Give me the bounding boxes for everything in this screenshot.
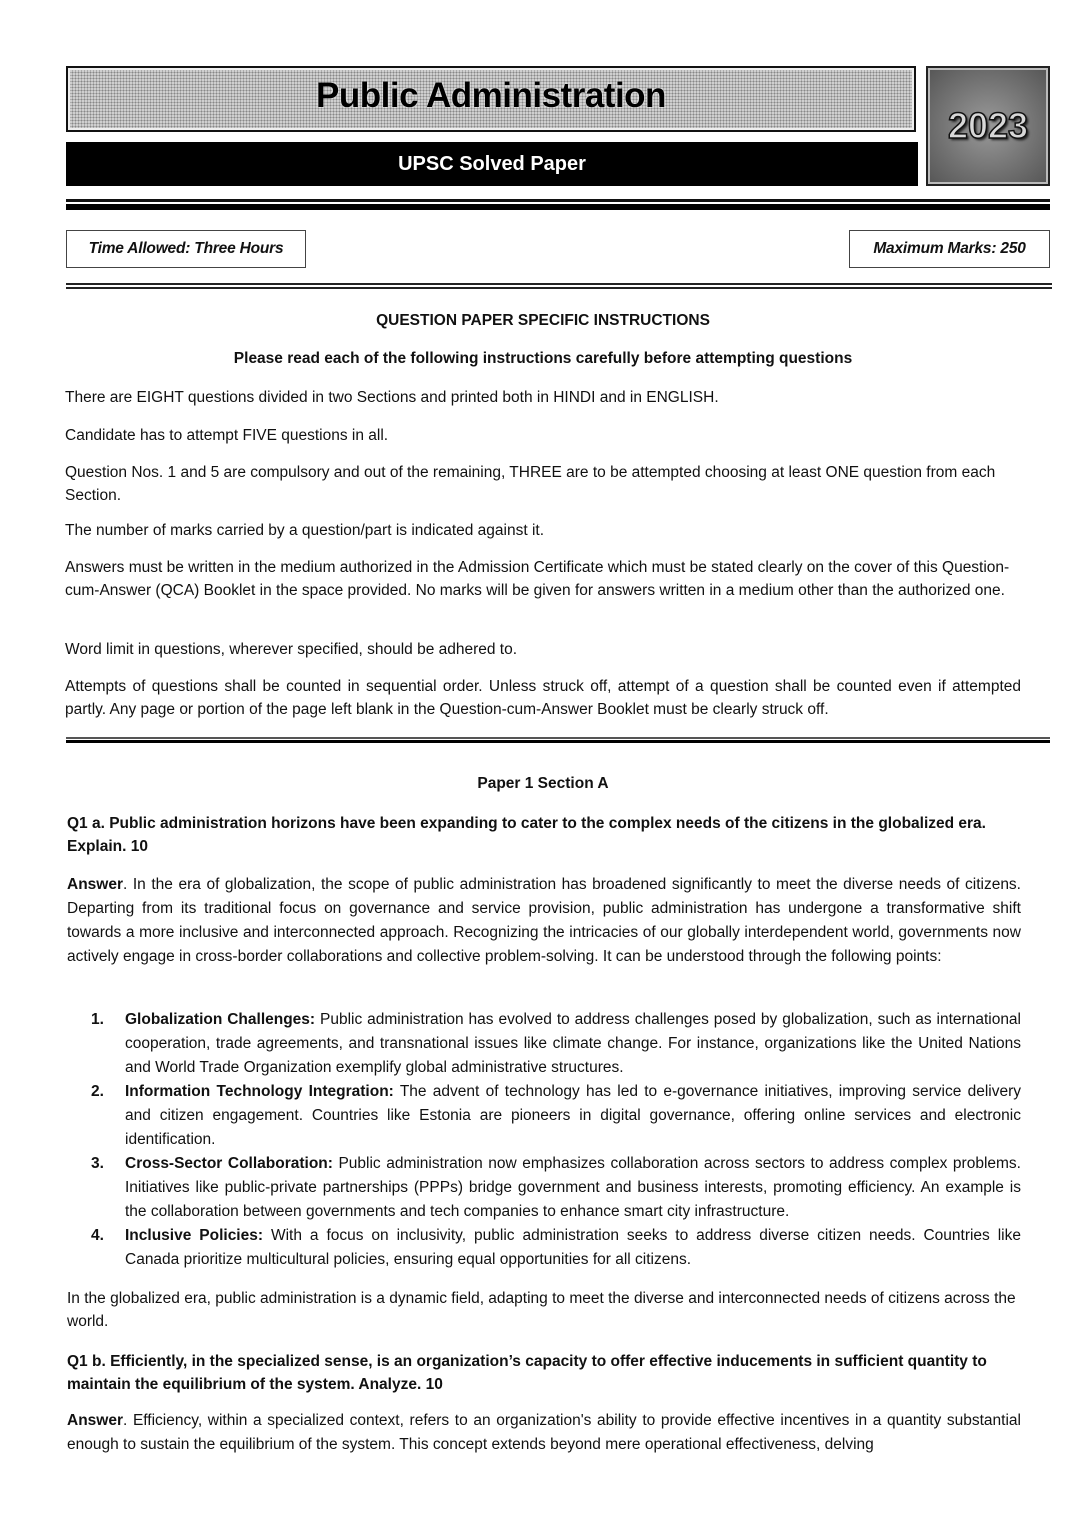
maximum-marks-box: Maximum Marks: 250: [849, 230, 1050, 268]
time-allowed-box: Time Allowed: Three Hours: [66, 230, 306, 268]
instruction-item: There are EIGHT questions divided in two…: [65, 386, 1021, 409]
answer-intro: . In the era of globalization, the scope…: [67, 876, 1021, 965]
instruction-item: Question Nos. 1 and 5 are compulsory and…: [65, 461, 1021, 507]
subtitle-banner: UPSC Solved Paper: [66, 142, 918, 186]
year-text: 2023: [948, 105, 1028, 147]
divider: [66, 737, 1050, 739]
list-item: 2. Information Technology Integration: T…: [67, 1080, 1021, 1152]
list-item: 3. Cross-Sector Collaboration: Public ad…: [67, 1152, 1021, 1224]
instructions-subheading: Please read each of the following instru…: [65, 347, 1021, 370]
list-number: 3.: [91, 1152, 104, 1176]
point-term: Inclusive Policies:: [125, 1227, 263, 1244]
answer-label: Answer: [67, 876, 123, 893]
list-number: 4.: [91, 1224, 104, 1248]
list-number: 2.: [91, 1080, 104, 1104]
instruction-item: The number of marks carried by a questio…: [65, 519, 1021, 542]
divider: [66, 740, 1050, 743]
instruction-item: Word limit in questions, wherever specif…: [65, 638, 1021, 661]
answer-q1b: Answer. Efficiency, within a specialized…: [67, 1409, 1021, 1457]
conclusion-q1a: In the globalized era, public administra…: [67, 1287, 1021, 1333]
instructions-heading: QUESTION PAPER SPECIFIC INSTRUCTIONS: [65, 309, 1021, 332]
point-term: Globalization Challenges:: [125, 1011, 315, 1028]
document-title: Public Administration: [316, 76, 666, 116]
divider: [66, 287, 1052, 289]
list-item: 4. Inclusive Policies: With a focus on i…: [67, 1224, 1021, 1272]
answer-q1a: Answer. In the era of globalization, the…: [67, 873, 1021, 969]
question-q1b: Q1 b. Efficiently, in the specialized se…: [67, 1350, 1021, 1396]
year-badge: 2023: [926, 66, 1050, 186]
answer-label: Answer: [67, 1412, 123, 1429]
instruction-item: Answers must be written in the medium au…: [65, 556, 1021, 602]
instruction-item: Candidate has to attempt FIVE questions …: [65, 424, 1021, 447]
divider: [66, 204, 1050, 210]
title-banner: Public Administration: [66, 66, 916, 132]
point-term: Information Technology Integration:: [125, 1083, 394, 1100]
answer-points-list: 1. Globalization Challenges: Public admi…: [67, 1008, 1021, 1272]
document-subtitle: UPSC Solved Paper: [398, 153, 586, 176]
question-q1a: Q1 a. Public administration horizons hav…: [67, 812, 1021, 858]
divider: [66, 199, 1050, 202]
list-item: 1. Globalization Challenges: Public admi…: [67, 1008, 1021, 1080]
section-heading: Paper 1 Section A: [65, 772, 1021, 795]
maximum-marks: Maximum Marks: 250: [873, 240, 1025, 258]
answer-intro: . Efficiency, within a specialized conte…: [67, 1412, 1021, 1453]
time-allowed: Time Allowed: Three Hours: [89, 240, 284, 258]
list-number: 1.: [91, 1008, 104, 1032]
point-term: Cross-Sector Collaboration:: [125, 1155, 333, 1172]
instruction-item: Attempts of questions shall be counted i…: [65, 675, 1021, 721]
divider: [66, 283, 1052, 285]
